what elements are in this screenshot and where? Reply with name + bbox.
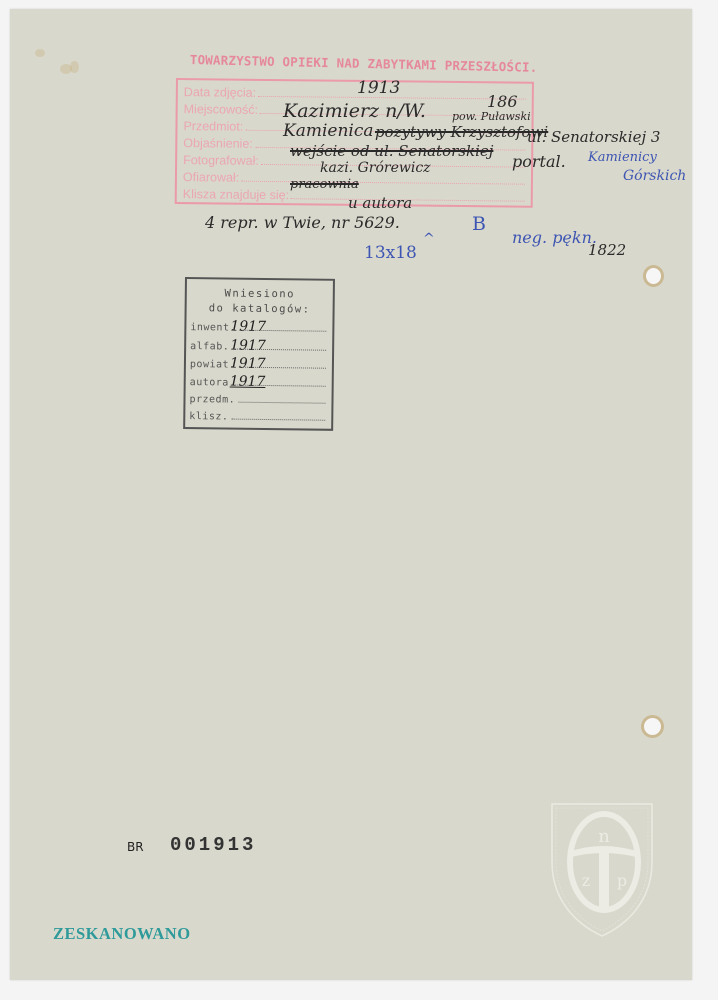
field-label: Klisza znajduje się: <box>183 187 291 202</box>
dimensions-note: 13x18 <box>364 243 417 263</box>
catalogue-label: inwent. <box>190 322 236 334</box>
catalogue-value: 1917 <box>230 338 266 354</box>
portal-note: portal. <box>512 152 566 171</box>
reproduction-note: 4 repr. w Twie, nr 5629. <box>205 213 400 232</box>
field-label: Fotografował: <box>183 153 261 168</box>
catalogue-label: klisz. <box>189 411 228 422</box>
catalogue-value: 1917 <box>230 374 266 390</box>
catalogue-row-author: autora 1917 <box>190 374 326 390</box>
catalogue-row-alphabetical: alfab. 1917 <box>190 338 326 354</box>
catalogue-label: powiat. <box>190 359 236 371</box>
svg-text:z: z <box>582 871 590 890</box>
catalogue-label: przedm. <box>189 394 235 406</box>
negative-cracked-label: neg. pękn. <box>512 228 597 247</box>
negative-location-value: u autora <box>348 194 412 212</box>
explanation-struck-text: wejście od ul. Senatorskiej <box>290 142 493 160</box>
stain <box>70 61 79 73</box>
punch-hole-bottom <box>644 718 661 735</box>
catalogue-row-inventory: inwent. 1917 <box>190 319 326 335</box>
crest-shield-icon: n z p <box>548 800 656 940</box>
catalogue-row-subject: przedm. <box>189 391 325 407</box>
photo-date-value: 1913 <box>357 78 400 98</box>
field-label: Objaśnienie: <box>183 136 255 151</box>
blue-note-line1: Kamienicy <box>588 150 657 165</box>
svg-text:n: n <box>598 826 610 847</box>
catalogue-label: autora <box>190 377 229 388</box>
catalogue-value: 1917 <box>230 356 266 372</box>
blue-note-line2: Górskich <box>623 168 686 184</box>
field-label: Data zdjęcia: <box>184 85 258 100</box>
field-label: Ofiarował: <box>183 170 241 185</box>
field-label: Przedmiot: <box>183 119 245 134</box>
field-label: Miejscowość: <box>184 102 260 117</box>
inventory-number: 001913 <box>170 834 256 856</box>
catalogue-label: alfab. <box>190 341 229 352</box>
location-value: Kazimierz n/W. <box>283 100 426 122</box>
catalogue-row-negative: klisz. <box>189 408 325 424</box>
caret-mark: ^ <box>423 231 435 247</box>
negative-number: 1822 <box>588 241 626 259</box>
subject-value: Kamienica <box>283 121 374 141</box>
reproduction-suffix: B <box>472 213 486 235</box>
br-label: BR <box>127 840 144 854</box>
photo-number: 186 <box>487 92 518 111</box>
stain <box>35 49 45 57</box>
street-note: ul. Senatorskiej 3 <box>527 128 660 146</box>
punch-hole-top <box>646 268 661 284</box>
svg-text:p: p <box>617 871 627 890</box>
scanned-stamp: ZESKANOWANO <box>53 924 191 944</box>
catalogue-heading-1: Wniesiono <box>187 287 333 301</box>
subject-struck-text: pozytywy Krzysztofowi <box>375 123 548 141</box>
district-note: pow. Puławski <box>452 110 531 123</box>
catalogue-row-district: powiat. 1917 <box>190 356 326 372</box>
donor-struck-text: pracownia <box>290 177 359 192</box>
catalogue-stamp: Wniesiono do katalogów: inwent. 1917 alf… <box>183 277 335 431</box>
photographer-value: kazi. Grórewicz <box>320 160 431 176</box>
catalogue-value: 1917 <box>230 319 266 335</box>
catalogue-heading-2: do katalogów: <box>187 302 333 316</box>
